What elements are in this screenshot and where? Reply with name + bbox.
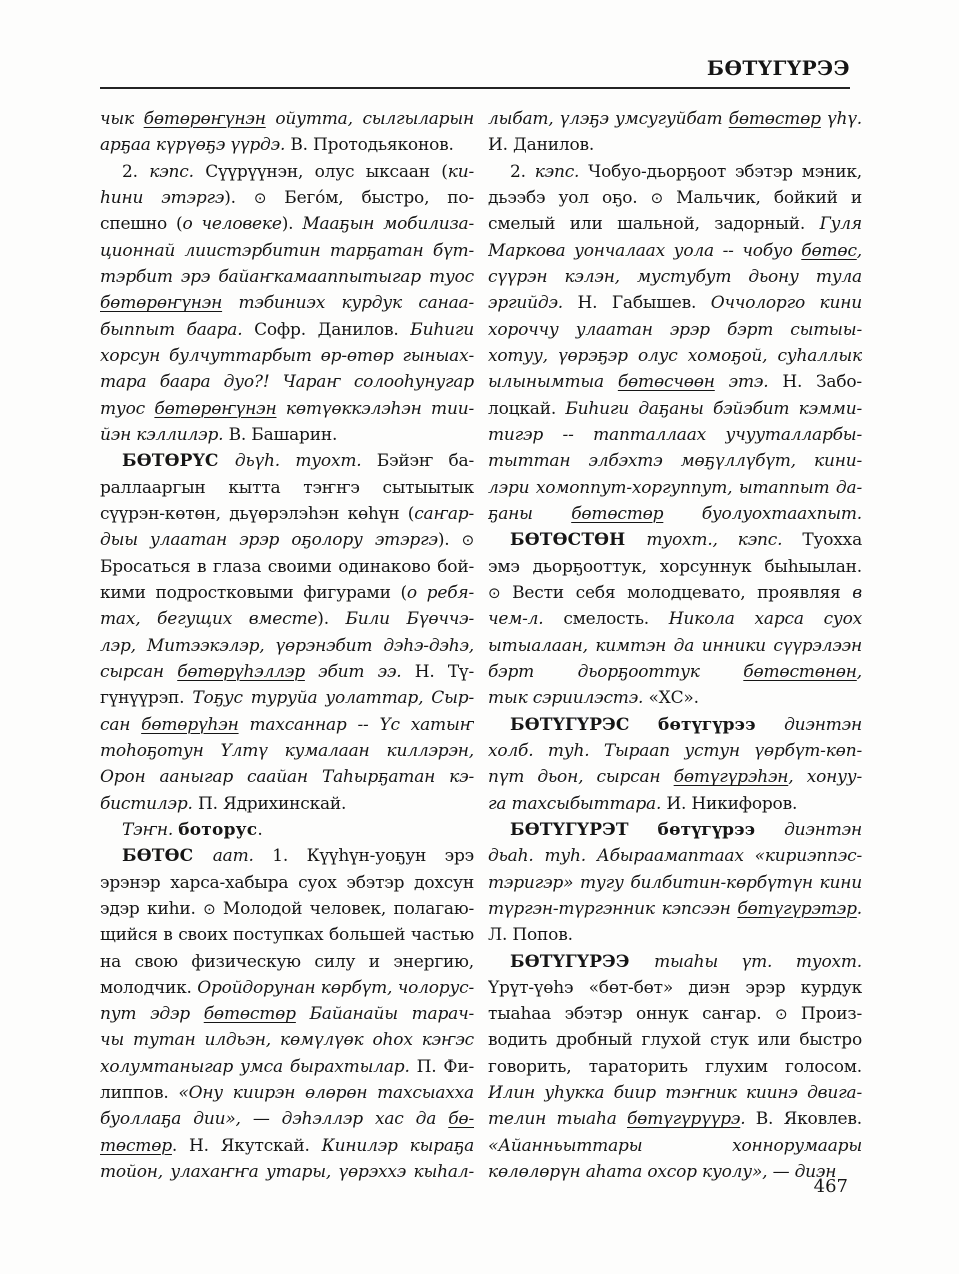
text-line: чем-л. смелость. Никола харса суох [488,606,862,632]
text-run: смелость. [563,609,668,629]
text-run: раллааргын кытта тэҥҥэ сытыытык [100,478,474,498]
text-run: бөтүгүрэһэн [674,767,789,787]
text-run: дьээбэ уол оҕо. [488,188,651,208]
text-run: говорить, тараторить глухим голосом. [488,1057,862,1077]
text-line: лыбат, үлэҕэ умсугуйбат бөтөстөр үһү. [488,106,862,132]
text-run: Н. Забо- [782,372,862,392]
text-run: Н. Тү- [415,662,474,682]
text-run: БӨТҮГҮРЭТ бөтүгүрээ [510,820,784,840]
text-line: БӨТҮГҮРЭЭ тыаһы үт. туохт. [488,949,862,975]
text-line: водить дробный глухой стук или быстро [488,1027,862,1053]
text-run: БӨТӨС [122,846,213,866]
text-line: Үрүт-үөһэ «бөт-бөт» диэн эрэр курдук [488,975,862,1001]
text-run: лэри хомоппут-хоргуппут, ытаппыт да- [488,478,862,498]
text-line: пүт дьон, сырсан бөтүгүрэһэн, хонуу- [488,764,862,790]
text-run: пут эдэр [100,1004,204,1024]
text-run: тык сэриилэстэ. [488,688,648,708]
text-line: говорить, тараторить глухим голосом. [488,1054,862,1080]
text-run: га тахсыбыттара. [488,794,666,814]
text-run: Биһиги даҕаны бэйэбит кэмми- [565,399,862,419]
text-line: түргэн-түргэнник кэпсээн бөтүгүрэтэр. [488,896,862,922]
right-column: лыбат, үлэҕэ умсугуйбат бөтөстөр үһү.И. … [488,106,862,1185]
text-run: ). [438,530,462,550]
text-run: «Айанньыттары хоннорумаары гыннахха, [488,1136,862,1159]
text-run: дыы улаатан эрэр оҕолору этэргэ [100,530,438,550]
text-run: Маркова уончалаах уола -- чобуо [488,241,801,261]
text-run: бөтөстөр [571,504,663,524]
text-run: бөтөрүһэллэр [177,662,305,682]
text-run: ҕаны [488,504,571,524]
translation-marker-icon: ⊙ [651,189,663,207]
text-run: П. Ядрихинскай. [198,794,346,814]
text-run: тэригэр» тугу билбитин-көрбүтүн кини [488,873,862,893]
text-run: бөтөс [801,241,857,261]
text-run: пүт дьон, сырсан [488,767,674,787]
text-line: ⊙ Вести себя молодцевато, проявляя в [488,580,862,606]
text-run: ). [224,188,254,208]
text-run: Бэйэҥ ба- [377,451,474,471]
text-run: холумтаныгар умса бырахтылар. [100,1057,417,1077]
text-run: Орон ааныгар саайан Таһырҕатан кэ- [100,767,474,787]
text-columns: чык бөтөрөҥүнэн ойутта, сылгыларынарҕаа … [100,106,862,1185]
text-line: чык бөтөрөҥүнэн ойутта, сылгыларын [100,106,474,132]
left-column: чык бөтөрөҥүнэн ойутта, сылгыларынарҕаа … [100,106,474,1185]
text-run: бистилэр. [100,794,198,814]
text-line: Маркова уончалаах уола -- чобуо бөтөс, [488,238,862,264]
text-run: ки- [448,162,474,182]
text-run: в [852,583,862,603]
text-run: ционнай лиистэрбитин тарҕатан бүт- [100,241,474,261]
text-line: БӨТӨС аат. 1. Күүһүн-уоҕун эрэ [100,843,474,869]
text-line: лоцкай. Биһиги даҕаны бэйэбит кэмми- [488,396,862,422]
text-run: Л. Попов. [488,925,573,945]
text-run: . [857,899,862,919]
text-run: В. Башарин. [229,425,338,445]
text-run: тэбиниэх курдук санаа- [222,293,474,313]
text-line: дьээбэ уол оҕо. ⊙ Мальчик, бойкий и [488,185,862,211]
text-line: липпов. «Ону киирэн өлөрөн тахсыахха [100,1080,474,1106]
text-run: Мальчик, бойкий и [663,188,862,208]
text-run: молодчик. [100,978,197,998]
text-run: кими подростковыми фигурами ( [100,583,407,603]
text-line: «Айанньыттары хоннорумаары гыннахха, [488,1133,862,1159]
text-line: сүүрэн кэлэн, мустубут дьону тула [488,264,862,290]
translation-marker-icon: ⊙ [488,584,500,602]
text-run: һини этэргэ [100,188,224,208]
text-run: тыттан элбэхтэ мөҕүллүбүт, кини- [488,451,862,471]
text-run: лоцкай. [488,399,565,419]
header-rule [100,87,850,89]
text-run: Туохха [802,530,862,550]
text-run: телин тыаһа [488,1109,627,1129]
text-run: быппыт баара. [100,320,254,340]
text-line: телин тыаһа бөтүгүрүүрэ. В. Яковлев. [488,1106,862,1132]
text-run: смелый или шальной, задорный. [488,214,820,234]
text-run: щийся в своих поступках большей частью [100,925,474,945]
text-run: В. Яковлев. [756,1109,862,1129]
text-run: Н. Габышев. [578,293,711,313]
text-run: чем-л. [488,609,563,629]
text-run: о ребя- [407,583,474,603]
translation-marker-icon: ⊙ [254,189,266,207]
text-line: туос бөтөрөҥүнэн көтүөккэлэһэн тии- [100,396,474,422]
text-run: «ХС». [648,688,698,708]
text-run: И. Данилов. [488,135,594,155]
text-line: эрэнэр харса-хабыра суох эбэтэр дохсун [100,870,474,896]
text-run: эрэнэр харса-хабыра суох эбэтэр дохсун [100,873,474,893]
text-run: Биһиги [410,320,474,340]
text-run: , хонуу- [788,767,862,787]
text-run: БӨТӨСТӨН [510,530,646,550]
text-run: тах, бегущих вместе [100,609,317,629]
text-run: бөтөрөҥүнэн [154,399,276,419]
text-line: смелый или шальной, задорный. Гуля [488,211,862,237]
text-run: эмэ дьорҕооттук, хорсуннук быһыылан. [488,557,862,577]
text-run: Молодой человек, полагаю- [215,899,474,919]
text-line: БӨТҮГҮРЭС бөтүгүрээ диэнтэн [488,712,862,738]
translation-marker-icon: ⊙ [775,1005,787,1023]
text-line: Орон ааныгар саайан Таһырҕатан кэ- [100,764,474,790]
text-run: ылынымтыа [488,372,618,392]
text-run: чык [100,109,144,129]
text-run: бөтөстөр [729,109,821,129]
text-run: Произ- [787,1004,862,1024]
text-line: тэрбит эрэ байаҥкамааппытыгар туос [100,264,474,290]
text-line: чы тутан илдьэн, көмүлүөк оһох кэҥэс [100,1027,474,1053]
text-run: Илин уһукка биир тэҥник киинэ двига- [488,1083,862,1103]
running-head-title: БӨТҮГҮРЭЭ [100,56,850,80]
text-line: эмэ дьорҕооттук, хорсуннук быһыылан. [488,554,862,580]
text-run: тахсаннар -- Үс хатыҥ [239,715,474,735]
text-line: сан бөтөрүһэн тахсаннар -- Үс хатыҥ [100,712,474,738]
text-line: на свою физическую силу и энергию, [100,949,474,975]
text-line: 2. кэпс. Чобуо-дьорҕоот эбэтэр мэник, [488,159,862,185]
text-run: 2. [122,162,149,182]
text-line: быппыт баара. Софр. Данилов. Биһиги [100,317,474,343]
text-line: буоллаҕа дии», — дэһэллэр хас да бө- [100,1106,474,1132]
text-line: Илин уһукка биир тэҥник киинэ двига- [488,1080,862,1106]
text-run: П. Фи- [417,1057,474,1077]
text-line: тыаһаа эбэтэр оннук саҥар. ⊙ Произ- [488,1001,862,1027]
text-run: «Ону киирэн өлөрөн тахсыахха [178,1083,474,1103]
text-line: раллааргын кытта тэҥҥэ сытыытык [100,475,474,501]
text-run: сырсан [100,662,177,682]
text-line: йэн кэллилэр. В. Башарин. [100,422,474,448]
text-line: сүүрэн-көтөн, дьүөрэлэһэн көһүн (саҥар- [100,501,474,527]
text-line: дьаһ. туһ. Абыраамаптаах «кириэппэс- [488,843,862,869]
translation-marker-icon: ⊙ [462,531,474,549]
text-run: туос [100,399,154,419]
text-line: тара баара дуо?! Чараҥ солооһунугар [100,369,474,395]
text-run: Тэҥн. [122,820,178,840]
text-run: хотуу, үөрэҕэр олус хомоҕой, суһаллык [488,346,862,366]
text-run: о человеке [182,214,281,234]
text-line: холб. туһ. Тыраап устун үөрбүт-көп- [488,738,862,764]
text-line: тэригэр» тугу билбитин-көрбүтүн кини [488,870,862,896]
text-run: төстөр [100,1136,172,1156]
text-run: йэн кэллилэр. [100,425,229,445]
text-run: Оройдорунан көрбүт, чолорус- [197,978,474,998]
text-line: ҕаны бөтөстөр буолуохтаахпыт. «Кыым». [488,501,862,527]
text-run: аат. [213,846,273,866]
text-run: эбит ээ. [305,662,415,682]
text-run: ойутта, сылгыларын [266,109,474,129]
text-run: тара баара дуо?! Чараҥ солооһунугар [100,372,474,392]
text-run: үһү. [821,109,862,129]
text-run: бөтөстөр [204,1004,296,1024]
text-line: бэрт дьорҕооттук бөтөстөнөн, сытыы- [488,659,862,685]
text-line: спешно (о человеке). Мааҕын мобилиза- [100,211,474,237]
text-run: на свою физическую силу и энергию, [100,952,474,972]
text-run: бэрт дьорҕооттук [488,662,743,682]
text-run: хорсун булчуттарбыт өр-өтөр гыныах- [100,346,474,366]
text-line: тах, бегущих вместе). Били Бүөччэ- [100,606,474,632]
text-line: Бросаться в глаза своими одинаково бой- [100,554,474,580]
text-run: сүүрэн кэлэн, мустубут дьону тула [488,267,862,287]
text-line: тык сэриилэстэ. «ХС». [488,685,862,711]
text-run: тыаһаа эбэтэр оннук саҥар. [488,1004,775,1024]
text-line: БӨТҮГҮРЭТ бөтүгүрээ диэнтэн [488,817,862,843]
text-run: бөтүгүрүүрэ [627,1109,740,1129]
text-line: лэр, Митээкэлэр, үөрэнэбит дэһэ-дэһэ, [100,633,474,659]
text-line: хороччу улаатан эрэр бэрт сытыы- [488,317,862,343]
text-line: Л. Попов. [488,922,862,948]
text-run: бөтөрөҥүнэн [100,293,222,313]
text-run: Никола харса суох [669,609,862,629]
text-run: лэр, Митээкэлэр, үөрэнэбит дэһэ-дэһэ, [100,636,474,656]
text-line: эдэр киһи. ⊙ Молодой человек, полагаю- [100,896,474,922]
text-run: Софр. Данилов. [254,320,410,340]
text-line: хорсун булчуттарбыт өр-өтөр гыныах- [100,343,474,369]
text-run: чы тутан илдьэн, көмүлүөк оһох кэҥэс [100,1030,474,1050]
text-run: Мааҕын мобилиза- [302,214,474,234]
text-run: тигэр -- тапталлаах учууталларбы- [488,425,862,445]
text-run: ). [282,214,303,234]
page-number: 467 [100,1176,848,1197]
text-line: арҕаа күрүөҕэ үүрдэ. В. Протодьяконов. [100,132,474,158]
text-run: кэпс. [535,162,588,182]
text-run: Тоҕус туруйа уолаттар, Сыр- [192,688,474,708]
text-run: Вести себя молодцевато, проявляя [500,583,852,603]
text-line: кими подростковыми фигурами (о ребя- [100,580,474,606]
text-line: бистилэр. П. Ядрихинскай. [100,791,474,817]
text-run: . Н. Якутскай. [172,1136,322,1156]
text-line: БӨТӨСТӨН туохт., кэпс. Туохха [488,527,862,553]
text-run: хороччу улаатан эрэр бэрт сытыы- [488,320,862,340]
text-run: липпов. [100,1083,178,1103]
text-line: ылынымтыа бөтөсчөөн этэ. Н. Забо- [488,369,862,395]
text-run: диэнтэн [784,820,862,840]
text-run: Байанайы тарач- [296,1004,474,1024]
text-line: тигэр -- тапталлаах учууталларбы- [488,422,862,448]
text-run: В. Протодьяконов. [290,135,453,155]
text-line: хотуу, үөрэҕэр олус хомоҕой, суһаллык [488,343,862,369]
text-run: спешно ( [100,214,182,234]
text-run: буоллаҕа дии», — дэһэллэр хас да [100,1109,448,1129]
text-run: сүүрэн-көтөн, дьүөрэлэһэн көһүн ( [100,504,414,524]
text-run: гүнүүрэп. [100,688,192,708]
text-run: дьүһ. туохт. [235,451,377,471]
text-run: кэпс. [149,162,205,182]
text-line: дыы улаатан эрэр оҕолору этэргэ). ⊙ [100,527,474,553]
text-line: ытыалаан, кимтэн да инники сүүрэлээн [488,633,862,659]
text-run: БӨТҮГҮРЭС бөтүгүрээ [510,715,784,735]
text-run: Чобуо-дьорҕоот эбэтэр мэник, [588,162,862,182]
text-run: түргэн-түргэнник кэпсээн [488,899,737,919]
text-line: лэри хомоппут-хоргуппут, ытаппыт да- [488,475,862,501]
text-run: туохт., кэпс. [646,530,802,550]
text-run: . [257,820,262,840]
text-run: 1. Күүһүн-уоҕун эрэ [272,846,474,866]
text-run: Үрүт-үөһэ «бөт-бөт» диэн эрэр курдук [488,978,862,998]
text-run: бөтүгүрэтэр [737,899,856,919]
text-line: холумтаныгар умса бырахтылар. П. Фи- [100,1054,474,1080]
text-run: Били Бүөччэ- [346,609,474,629]
text-run: Сүүрүүнэн, олус ыксаан ( [205,162,447,182]
text-run: Бросаться в глаза своими одинаково бой- [100,557,474,577]
text-run: лыбат, үлэҕэ умсугуйбат [488,109,729,129]
text-run: И. Никифоров. [666,794,797,814]
text-line: Тэҥн. боторус. [100,817,474,843]
text-run: дьаһ. туһ. Абыраамаптаах «кириэппэс- [488,846,862,866]
text-run: ытыалаан, кимтэн да инники сүүрэлээн [488,636,862,656]
text-run: бөтөсчөөн [618,372,715,392]
text-line: 2. кэпс. Сүүрүүнэн, олус ыксаан (ки- [100,159,474,185]
text-run: 2. [510,162,535,182]
text-line: бөтөрөҥүнэн тэбиниэх курдук санаа- [100,290,474,316]
text-run: . [740,1109,756,1129]
text-run: көтүөккэлэһэн тии- [276,399,474,419]
dictionary-page: БӨТҮГҮРЭЭ чык бөтөрөҥүнэн ойутта, сылгыл… [0,0,959,1274]
text-line: пут эдэр бөтөстөр Байанайы тарач- [100,1001,474,1027]
text-run: БӨТӨРҮС [122,451,235,471]
text-run: бөтөрөҥүнэн [144,109,266,129]
text-line: гүнүүрэп. Тоҕус туруйа уолаттар, Сыр- [100,685,474,711]
text-run: бө- [448,1109,474,1129]
text-run: водить дробный глухой стук или быстро [488,1030,862,1050]
text-line: тоһоҕотун Үлтү кумалаан киллэрэн, [100,738,474,764]
text-run: Гуля [820,214,862,234]
text-line: тыттан элбэхтэ мөҕүллүбүт, кини- [488,448,862,474]
text-run: диэнтэн [784,715,862,735]
text-run: арҕаа күрүөҕэ үүрдэ. [100,135,290,155]
text-line: ционнай лиистэрбитин тарҕатан бүт- [100,238,474,264]
text-line: молодчик. Оройдорунан көрбүт, чолорус- [100,975,474,1001]
text-line: щийся в своих поступках большей частью [100,922,474,948]
text-run: Оччолорго кини [711,293,862,313]
text-run: ). [317,609,345,629]
text-line: һини этэргэ). ⊙ Бего́м, быстро, по- [100,185,474,211]
text-line: БӨТӨРҮС дьүһ. туохт. Бэйэҥ ба- [100,448,474,474]
text-run: тэрбит эрэ байаҥкамааппытыгар туос [100,267,474,287]
text-run: эргийдэ. [488,293,578,313]
text-line: И. Данилов. [488,132,862,158]
text-run: бөтөрүһэн [141,715,238,735]
text-run: холб. туһ. Тыраап устун үөрбүт-көп- [488,741,862,761]
text-run: буолуохтаахпыт. [663,504,862,524]
text-line: эргийдэ. Н. Габышев. Оччолорго кини [488,290,862,316]
translation-marker-icon: ⊙ [203,900,215,918]
text-run: Кинилэр кыраҕа [322,1136,474,1156]
text-run: , [857,241,862,261]
text-run: БӨТҮГҮРЭЭ [510,952,654,972]
text-run: эдэр киһи. [100,899,203,919]
text-line: сырсан бөтөрүһэллэр эбит ээ. Н. Тү- [100,659,474,685]
text-line: га тахсыбыттара. И. Никифоров. [488,791,862,817]
text-run: тыаһы үт. туохт. [654,952,862,972]
text-run: саҥар- [414,504,474,524]
text-run: тоһоҕотун Үлтү кумалаан киллэрэн, [100,741,474,761]
text-run: этэ. [715,372,783,392]
text-run: сан [100,715,141,735]
text-run: бөтөстөнөн [743,662,856,682]
text-run: Бего́м, быстро, по- [266,188,474,208]
text-run: боторус [178,820,257,840]
text-line: төстөр. Н. Якутскай. Кинилэр кыраҕа [100,1133,474,1159]
